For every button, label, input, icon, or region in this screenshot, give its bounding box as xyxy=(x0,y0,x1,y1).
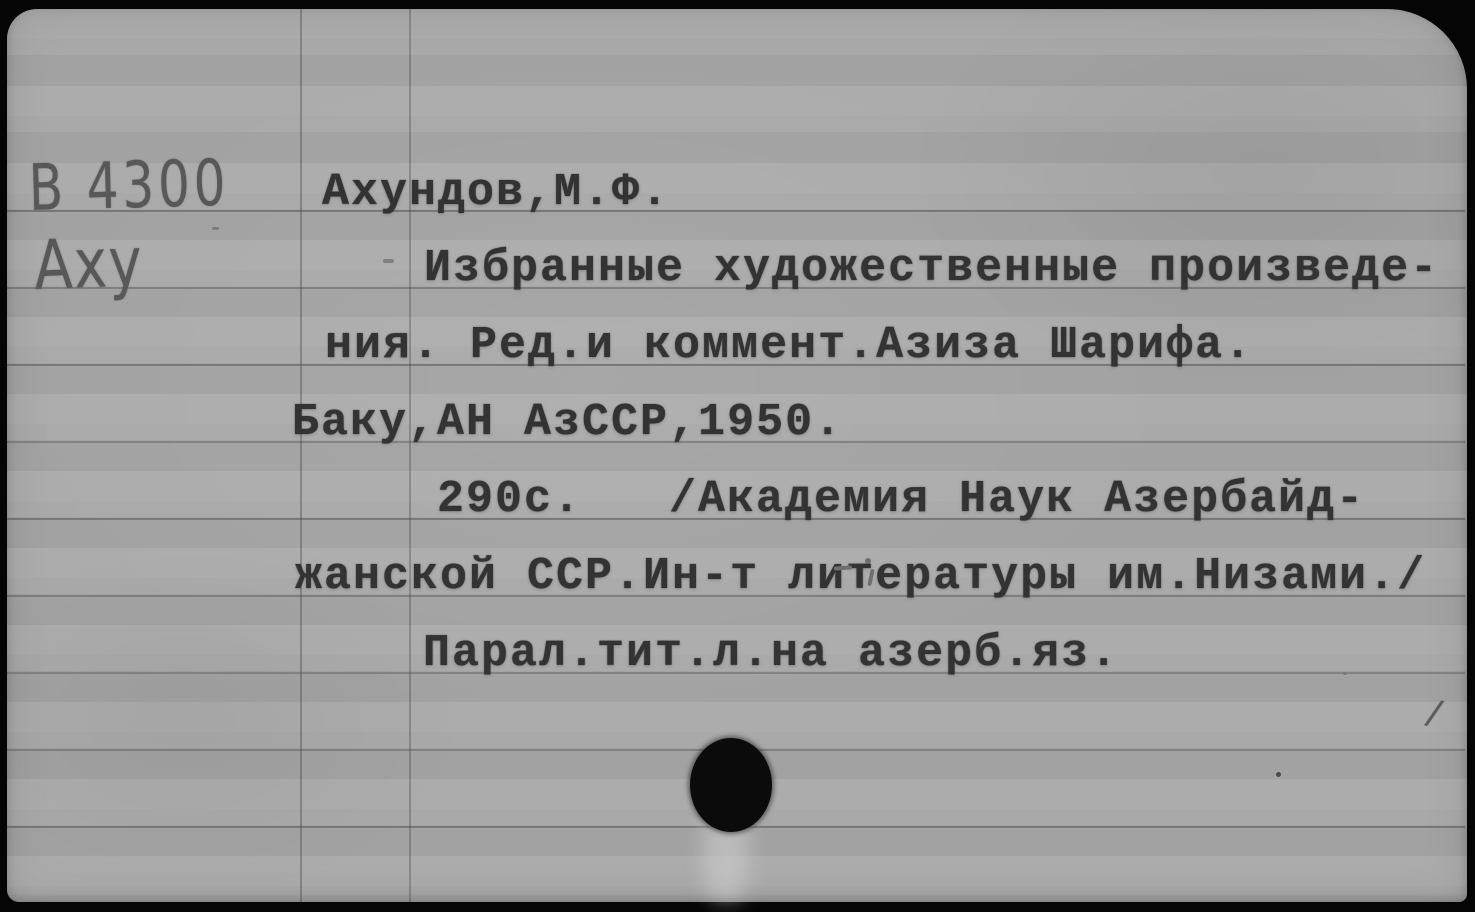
title-line-1: Избранные художественные произведе- xyxy=(424,243,1439,295)
scan-speck xyxy=(1343,672,1347,675)
title-line-2: ния. Ред.и коммент.Азиза Шарифа. xyxy=(325,320,1253,372)
scan-speck xyxy=(1276,772,1281,777)
scan-speck xyxy=(212,227,219,230)
author-heading-line: Ахундов,М.Ф. xyxy=(322,167,670,219)
author-cutter-mark-handwritten: Аху xyxy=(33,229,144,301)
scanned-catalog-card-photo: В 4300 Аху Ахундов,М.Ф. Избранные художе… xyxy=(0,0,1475,912)
imprint-line: Баку,АН АзССР,1950. xyxy=(292,397,843,449)
stray-slash-mark: / xyxy=(1421,698,1446,736)
note-line: Парал.тит.л.на азерб.яз. xyxy=(423,628,1119,680)
scan-speck xyxy=(383,259,394,263)
call-number-handwritten: В 4300 xyxy=(28,152,230,221)
collation-line-1: 290с. /Академия Наук Азербайд- xyxy=(437,474,1365,526)
punch-hole xyxy=(690,738,772,832)
column-divider-line xyxy=(409,9,411,902)
catalog-card: В 4300 Аху Ахундов,М.Ф. Избранные художе… xyxy=(7,9,1467,902)
collation-line-2: жанской ССР.Ин-т литературы им.Низами./ xyxy=(295,551,1426,603)
stray-dot-mark xyxy=(865,558,871,564)
column-divider-line xyxy=(300,9,302,902)
